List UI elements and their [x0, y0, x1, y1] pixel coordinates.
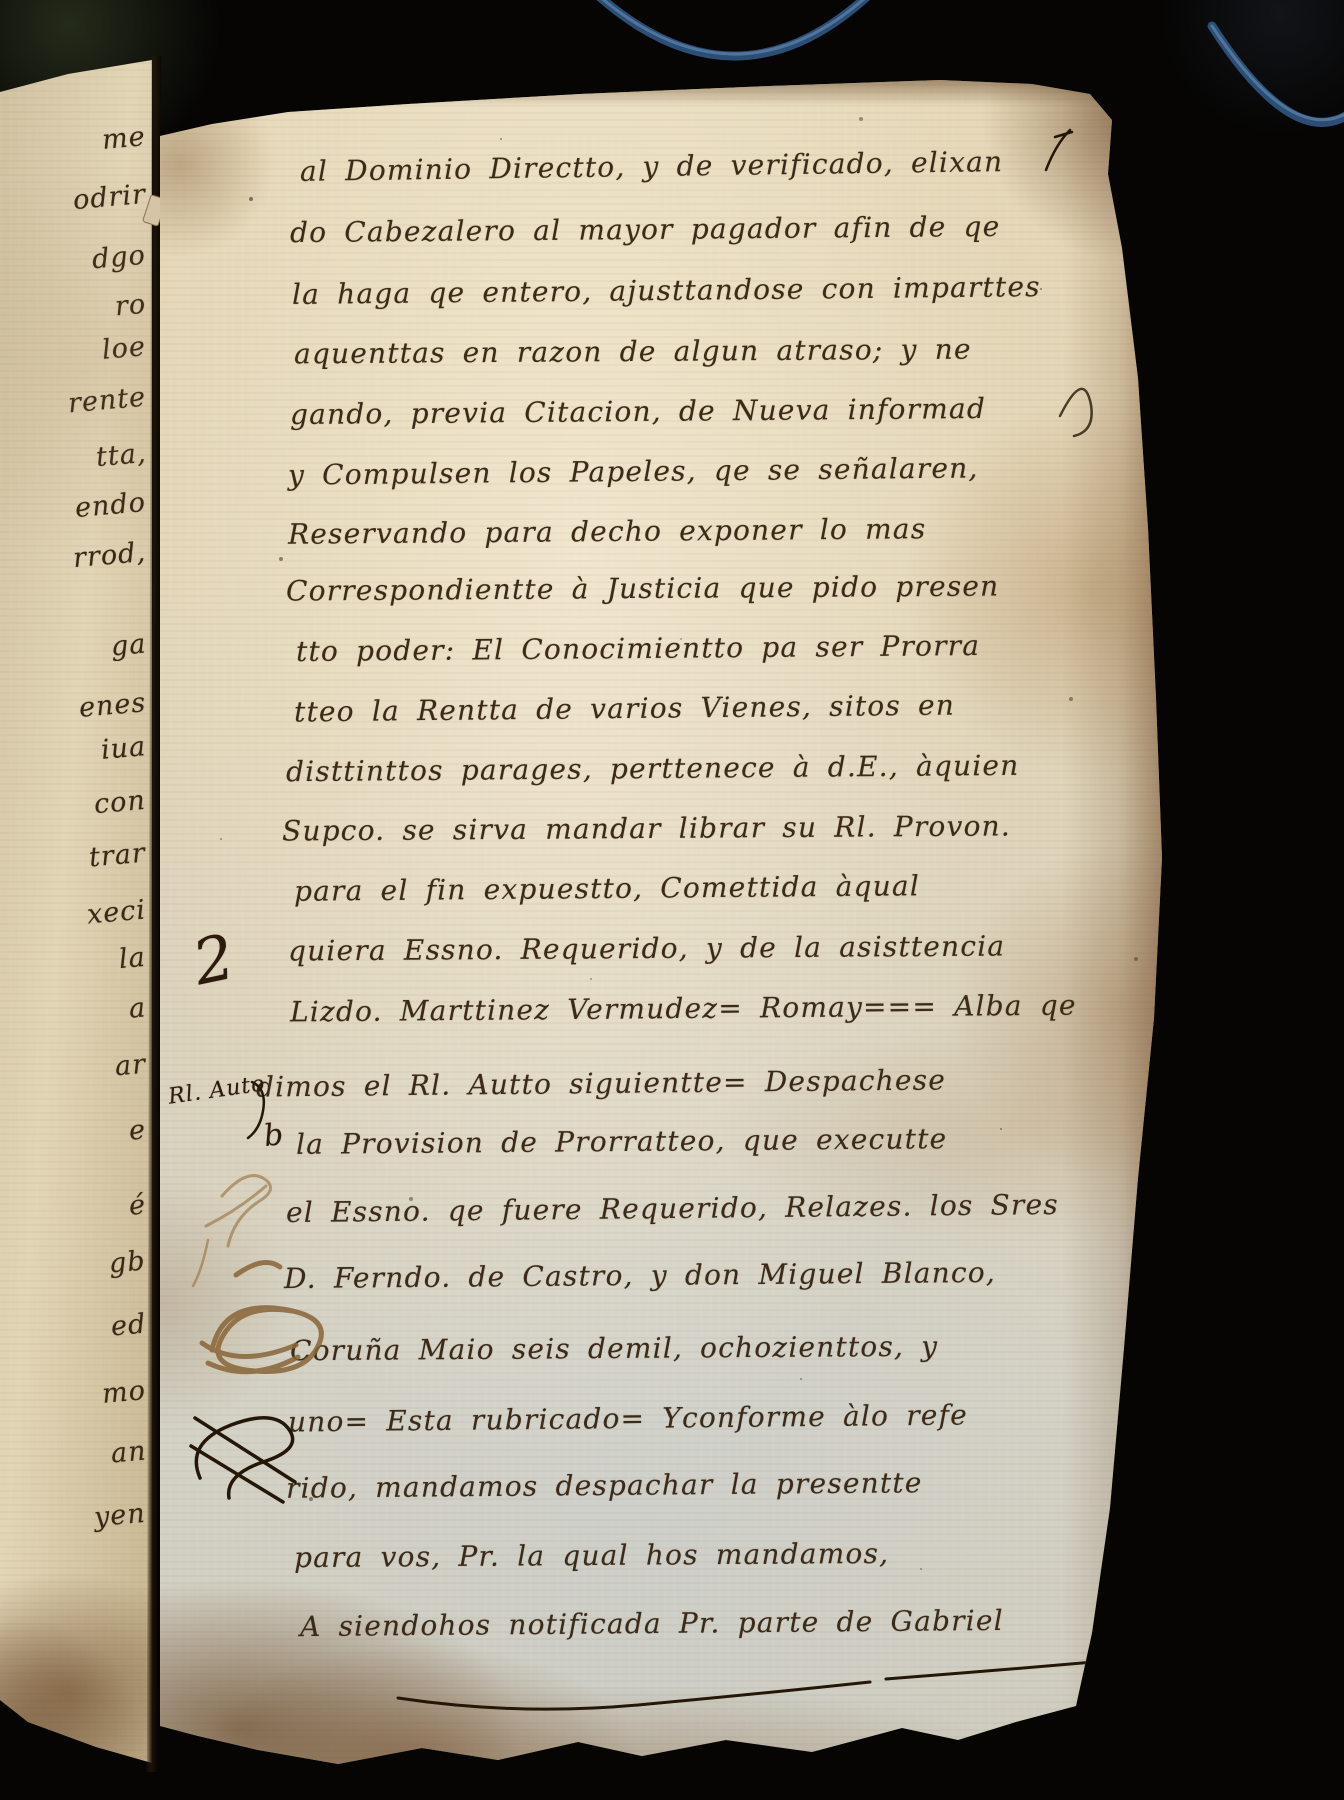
left-page-text-fragment: xeci [86, 894, 147, 930]
photo-scene: meodrirdgoroloerentetta,endorrod,gaenesi… [0, 0, 1344, 1800]
margin-note-bracket [248, 1082, 264, 1138]
blue-cable-left [592, 0, 874, 56]
left-page-text-fragment: é [128, 1189, 148, 1221]
left-page-text-fragment: ga [109, 629, 147, 663]
manuscript-page: al Dominio Directto, y de verificado, el… [160, 78, 1162, 1780]
corner-pen-mark [1046, 130, 1072, 170]
left-page-text-fragment: rente [67, 382, 148, 420]
left-page-text-fragment: enes [78, 687, 148, 724]
line-end-swash [1060, 389, 1092, 436]
left-page-text-fragment: dgo [91, 240, 147, 276]
margin-flourish-faint-tail [193, 1240, 208, 1286]
left-page-text-fragment: rrod, [72, 537, 147, 574]
left-page-text-fragment: ar [114, 1049, 148, 1083]
left-page-text-fragment: a [128, 992, 148, 1024]
left-page-text-fragment: la [118, 942, 147, 975]
margin-flourish-black [191, 1418, 295, 1502]
left-page-text-fragment: con [93, 785, 147, 820]
ink-doodles [160, 78, 1162, 1780]
margin-flourish-faint [206, 1176, 271, 1246]
left-page-text-fragment: yen [93, 1498, 147, 1533]
previous-page-edge: meodrirdgoroloerentetta,endorrod,gaenesi… [0, 0, 152, 1800]
left-page-text-fragment: loe [101, 331, 147, 366]
left-page-text-fragment: gb [108, 1245, 147, 1279]
left-page-text-fragment: endo [74, 487, 147, 524]
left-page-text-fragment: odrir [72, 179, 147, 216]
left-page-text-fragment: e [128, 1114, 148, 1146]
left-page-text-fragment: ro [114, 289, 148, 323]
left-page-text-fragment: mo [101, 1375, 147, 1410]
blue-cable-right [1212, 26, 1344, 122]
closing-underline-right [886, 1658, 1150, 1694]
left-page-text-fragment: iua [100, 731, 148, 766]
left-page-text-fragment: trar [88, 838, 147, 874]
left-page-text-fragment: tta, [94, 438, 147, 473]
margin-scribble-brown [202, 1263, 321, 1372]
left-page-text-fragment: ed [109, 1309, 147, 1343]
closing-underline-left [398, 1682, 870, 1709]
left-page-text-fragment: me [101, 121, 147, 156]
left-page-text-fragment: an [109, 1436, 147, 1470]
